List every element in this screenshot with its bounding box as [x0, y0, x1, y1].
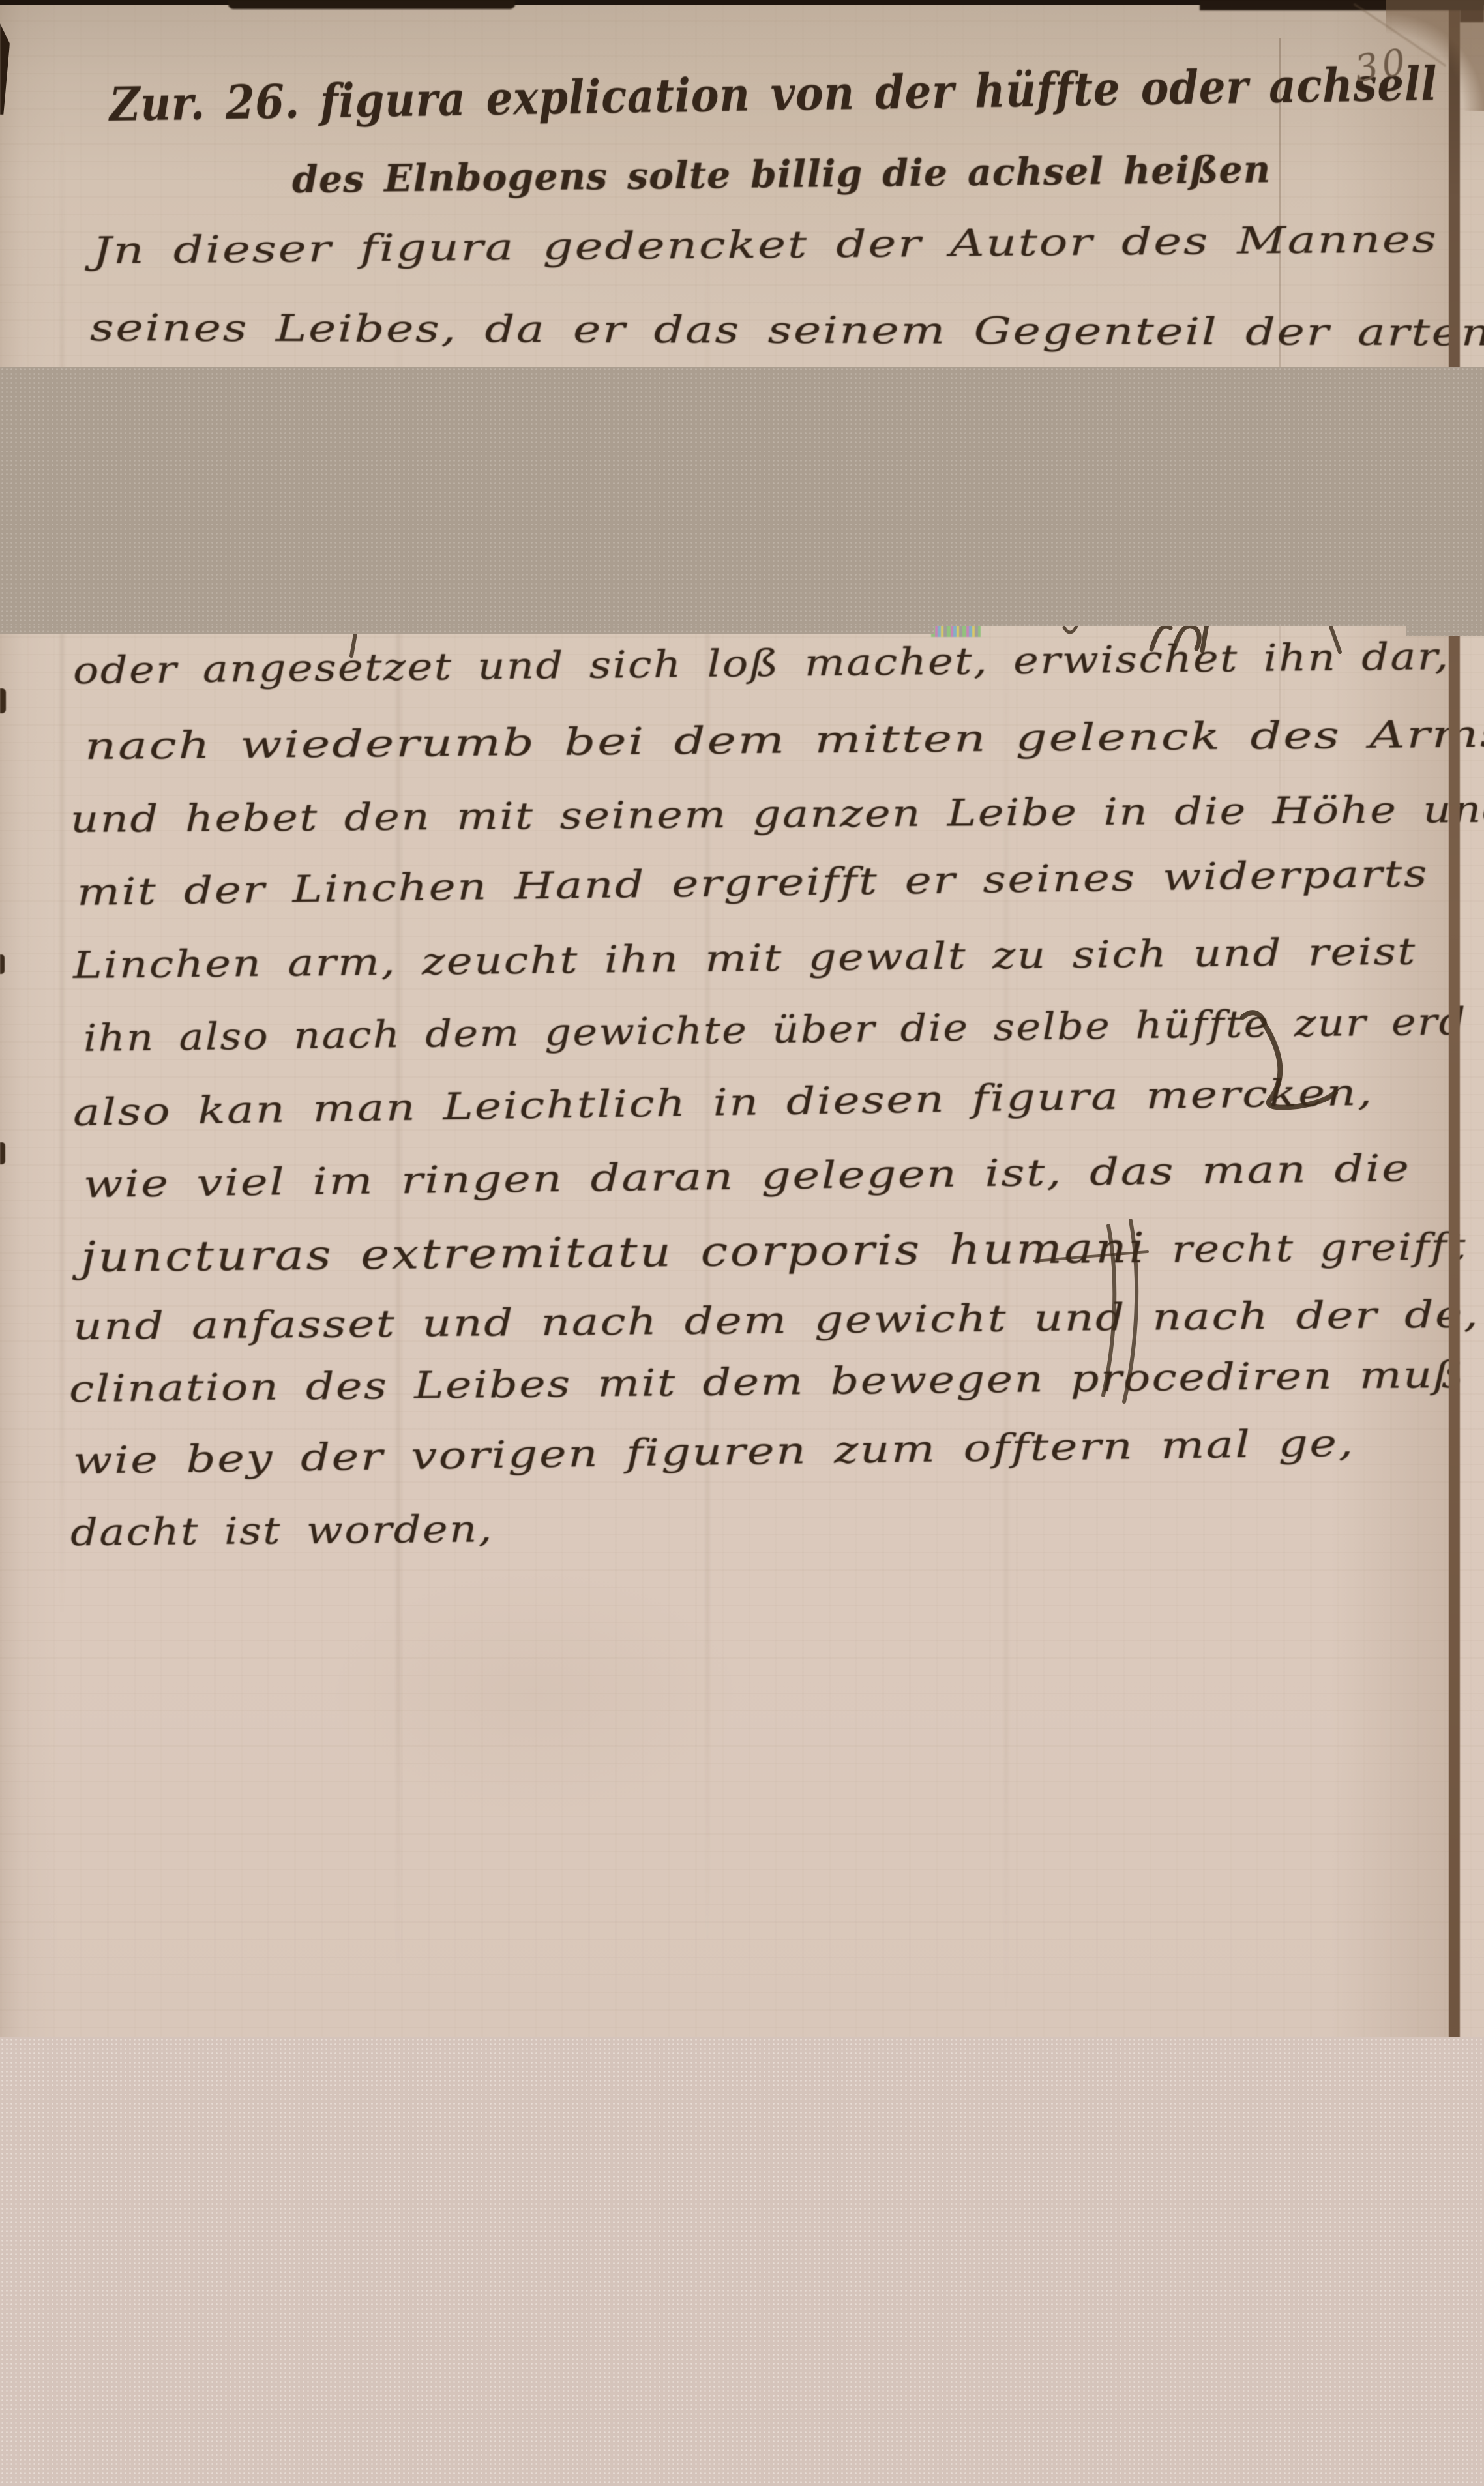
book-edge-line: [1449, 0, 1460, 2037]
manuscript-page: Zur. 26. figura explication von der hüff…: [0, 0, 1484, 2486]
ink-fragment: [1064, 626, 1076, 632]
heading-line-2: des Elnbogens solte billig die achsel he…: [292, 147, 1271, 201]
compression-artifact: [931, 623, 981, 637]
manuscript-line: dacht ist worden,: [70, 1507, 494, 1554]
manuscript-line: mit der Linchen Hand ergreifft er seines…: [77, 852, 1429, 914]
page-edge-tear: [0, 23, 10, 115]
manuscript-line: seines Leibes, da er das seinem Gegentei…: [90, 306, 1484, 355]
manuscript-line: und anfasset und nach dem gewicht und na…: [73, 1293, 1480, 1348]
page-number: 30: [1352, 40, 1412, 91]
manuscript-line: Linchen arm, zeucht ihn mit gewalt zu si…: [73, 930, 1417, 987]
redaction-overlay-bottom: [0, 2037, 1484, 2486]
manuscript-line: wie viel im ringen daran gelegen ist, da…: [83, 1147, 1411, 1206]
page-top-edge: [228, 0, 515, 9]
fold-line: [60, 117, 64, 1617]
manuscript-line: und hebet den mit seinem ganzen Leibe in…: [70, 788, 1484, 841]
german-phrase: recht greifft: [1146, 1225, 1467, 1271]
heading-line-1: Zur. 26. figura explication von der hüff…: [109, 56, 1438, 132]
manuscript-line: clination des Leibes mit dem bewegen pro…: [69, 1354, 1465, 1411]
manuscript-line: Jn dieser figura gedencket der Autor des…: [93, 218, 1438, 273]
manuscript-line: nach wiederumb bei dem mitten gelenck de…: [85, 713, 1484, 768]
redaction-overlay-middle-lip: [0, 625, 934, 634]
ink-mark: [0, 1142, 5, 1164]
ink-mark: [0, 688, 6, 713]
manuscript-line: ihn also nach dem gewichte über die selb…: [83, 1000, 1467, 1060]
latin-phrase: juncturas extremitatu corporis humani: [81, 1224, 1147, 1282]
margin-rule-line: [1279, 38, 1281, 911]
manuscript-line: oder angesetzet und sich loß machet, erw…: [73, 635, 1450, 692]
latin-phrase-line: juncturas extremitatu corporis humani re…: [81, 1221, 1468, 1282]
fold-line: [705, 196, 709, 1956]
adjacent-page-edge: [1460, 0, 1484, 2037]
manuscript-line: wie bey der vorigen figuren zum offtern …: [73, 1422, 1355, 1483]
redaction-overlay-middle: [0, 367, 1484, 626]
ink-mark: [0, 954, 5, 974]
manuscript-line: also kan man Leichtlich in diesen figura…: [72, 1071, 1373, 1134]
